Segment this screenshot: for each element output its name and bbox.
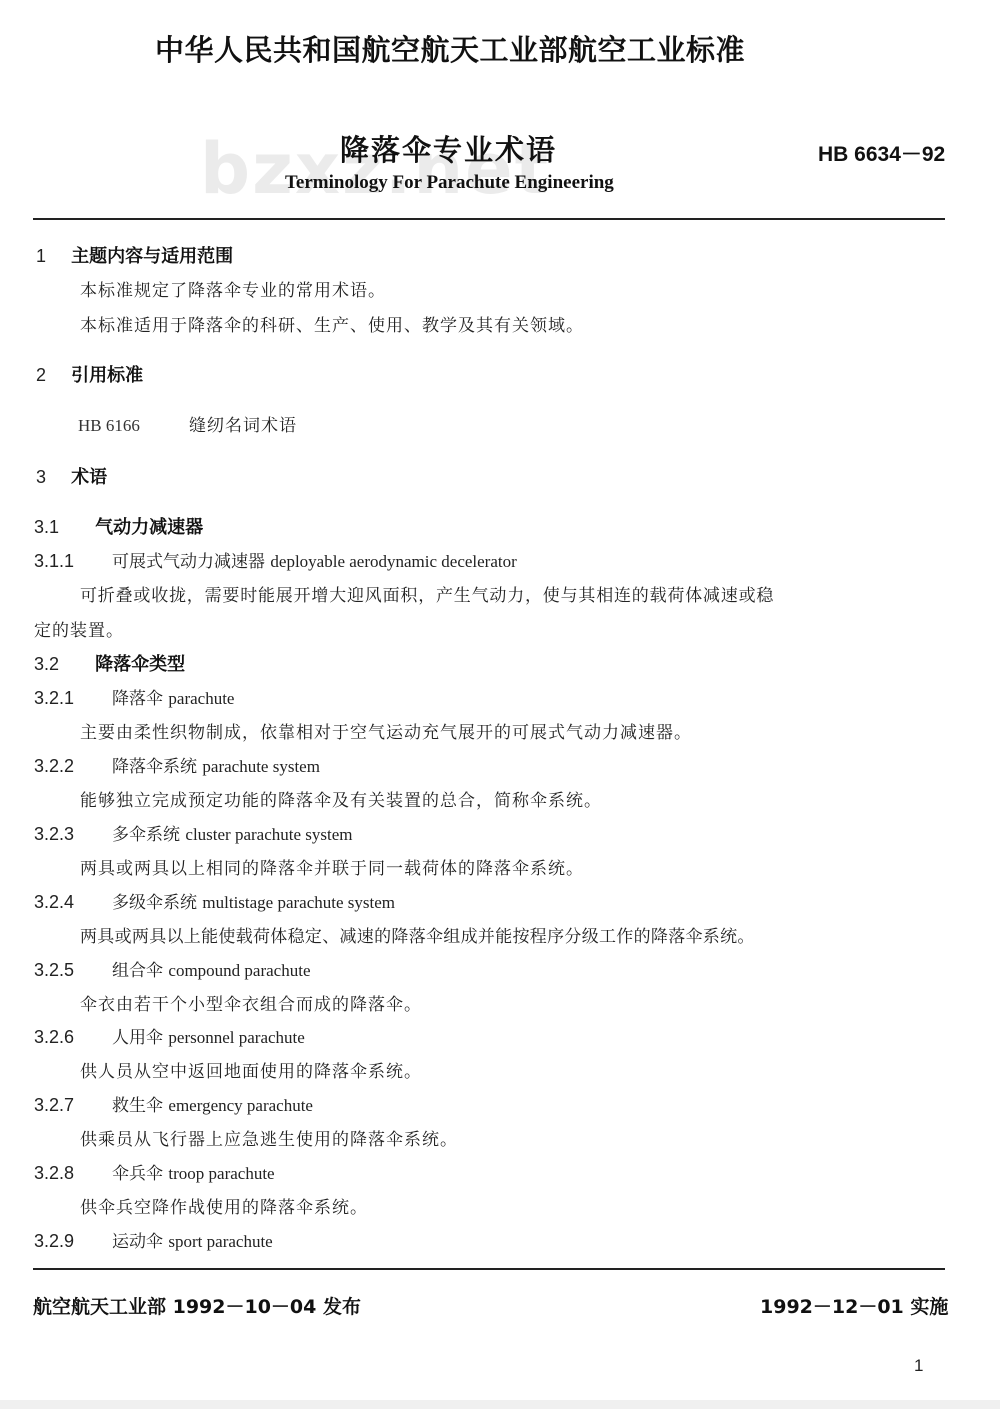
term-number: 3.2.8 bbox=[34, 1163, 112, 1184]
term-en: troop parachute bbox=[168, 1164, 274, 1183]
term-en: cluster parachute system bbox=[185, 825, 352, 844]
term-en: deployable aerodynamic decelerator bbox=[270, 552, 516, 571]
term-cn: 伞兵伞 bbox=[112, 1164, 163, 1184]
term-en: multistage parachute system bbox=[202, 893, 395, 912]
term-definition: 供乘员从飞行器上应急逃生使用的降落伞系统。 bbox=[80, 1125, 458, 1150]
term-cn: 组合伞 bbox=[112, 961, 163, 981]
reference-title: 缝纫名词术语 bbox=[189, 416, 297, 436]
subsection-number: 3.2 bbox=[34, 654, 90, 675]
paragraph: 本标准适用于降落伞的科研、生产、使用、教学及其有关领域。 bbox=[80, 311, 584, 336]
term-definition: 供伞兵空降作战使用的降落伞系统。 bbox=[80, 1193, 368, 1218]
issue-date: 航空航天工业部 1992－10－04 发布 bbox=[33, 1292, 361, 1319]
term-definition: 两具或两具以上相同的降落伞并联于同一载荷体的降落伞系统。 bbox=[80, 854, 584, 879]
term-cn: 可展式气动力减速器 bbox=[112, 552, 265, 572]
term-cn: 救生伞 bbox=[112, 1096, 163, 1116]
term-entry: 3.2.6人用伞 personnel parachute bbox=[34, 1023, 305, 1048]
term-number: 3.2.2 bbox=[34, 756, 112, 777]
term-en: personnel parachute bbox=[168, 1028, 304, 1047]
term-entry: 3.2.3多伞系统 cluster parachute system bbox=[34, 820, 353, 845]
term-en: compound parachute bbox=[168, 961, 310, 980]
section-title: 术语 bbox=[71, 467, 107, 488]
term-entry: 3.2.4多级伞系统 multistage parachute system bbox=[34, 888, 395, 913]
term-cn: 降落伞 bbox=[112, 689, 163, 709]
section-2-heading: 2 引用标准 bbox=[36, 361, 143, 387]
term-definition: 能够独立完成预定功能的降落伞及有关装置的总合，简称伞系统。 bbox=[80, 786, 602, 811]
standard-code: HB 6634－92 bbox=[818, 138, 945, 168]
term-definition: 可折叠或收拢，需要时能展开增大迎风面积，产生气动力，使与其相连的载荷体减速或稳 bbox=[80, 581, 774, 606]
term-number: 3.1.1 bbox=[34, 551, 112, 572]
section-number: 3 bbox=[36, 467, 46, 487]
section-title: 引用标准 bbox=[71, 365, 143, 386]
term-definition-cont: 定的装置。 bbox=[34, 616, 124, 641]
term-definition: 主要由柔性织物制成，依靠相对于空气运动充气展开的可展式气动力减速器。 bbox=[80, 718, 692, 743]
term-entry: 3.1.1可展式气动力减速器 deployable aerodynamic de… bbox=[34, 547, 517, 572]
term-number: 3.2.5 bbox=[34, 960, 112, 981]
term-en: sport parachute bbox=[168, 1232, 272, 1251]
term-entry: 3.2.2降落伞系统 parachute system bbox=[34, 752, 320, 777]
effective-date: 1992－12－01 实施 bbox=[760, 1292, 948, 1319]
term-entry: 3.2.1降落伞 parachute bbox=[34, 684, 234, 709]
term-number: 3.2.4 bbox=[34, 892, 112, 913]
section-1-heading: 1 主题内容与适用范围 bbox=[36, 242, 233, 268]
document-title-en: Terminology For Parachute Engineering bbox=[285, 172, 614, 194]
term-number: 3.2.6 bbox=[34, 1027, 112, 1048]
term-cn: 人用伞 bbox=[112, 1028, 163, 1048]
term-entry: 3.2.5组合伞 compound parachute bbox=[34, 956, 311, 981]
term-cn: 运动伞 bbox=[112, 1232, 163, 1252]
term-entry: 3.2.9运动伞 sport parachute bbox=[34, 1227, 273, 1252]
term-number: 3.2.7 bbox=[34, 1095, 112, 1116]
document-title-cn: 降落伞专业术语 bbox=[340, 128, 557, 169]
term-definition: 供人员从空中返回地面使用的降落伞系统。 bbox=[80, 1057, 422, 1082]
section-number: 2 bbox=[36, 365, 46, 385]
subsection-number: 3.1 bbox=[34, 517, 90, 538]
issuer-heading: 中华人民共和国航空航天工业部航空工业标准 bbox=[155, 28, 745, 69]
reference-item: HB 6166 缝纫名词术语 bbox=[78, 411, 297, 436]
term-definition: 两具或两具以上能使载荷体稳定、减速的降落伞组成并能按程序分级工作的降落伞系统。 bbox=[80, 922, 755, 947]
section-number: 1 bbox=[36, 246, 46, 266]
subsection-3-1-heading: 3.1 气动力减速器 bbox=[34, 513, 203, 539]
footer-divider bbox=[33, 1268, 945, 1270]
term-cn: 多级伞系统 bbox=[112, 893, 197, 913]
page-number: 1 bbox=[914, 1356, 923, 1376]
term-number: 3.2.1 bbox=[34, 688, 112, 709]
term-cn: 降落伞系统 bbox=[112, 757, 197, 777]
section-3-heading: 3 术语 bbox=[36, 463, 107, 489]
subsection-3-2-heading: 3.2 降落伞类型 bbox=[34, 650, 185, 676]
document-page: 中华人民共和国航空航天工业部航空工业标准 bzxz.net 降落伞专业术语 Te… bbox=[0, 0, 1000, 1409]
term-definition: 伞衣由若干个小型伞衣组合而成的降落伞。 bbox=[80, 990, 422, 1015]
subsection-title: 气动力减速器 bbox=[95, 517, 203, 538]
header-divider bbox=[33, 218, 945, 220]
section-title: 主题内容与适用范围 bbox=[71, 246, 233, 267]
paragraph: 本标准规定了降落伞专业的常用术语。 bbox=[80, 276, 386, 301]
term-en: emergency parachute bbox=[168, 1096, 313, 1115]
page-bottom-edge bbox=[0, 1400, 1000, 1409]
term-en: parachute system bbox=[202, 757, 320, 776]
reference-code: HB 6166 bbox=[78, 416, 140, 435]
term-en: parachute bbox=[168, 689, 234, 708]
subsection-title: 降落伞类型 bbox=[95, 654, 185, 675]
term-cn: 多伞系统 bbox=[112, 825, 180, 845]
term-number: 3.2.9 bbox=[34, 1231, 112, 1252]
term-entry: 3.2.7救生伞 emergency parachute bbox=[34, 1091, 313, 1116]
term-number: 3.2.3 bbox=[34, 824, 112, 845]
term-entry: 3.2.8伞兵伞 troop parachute bbox=[34, 1159, 275, 1184]
